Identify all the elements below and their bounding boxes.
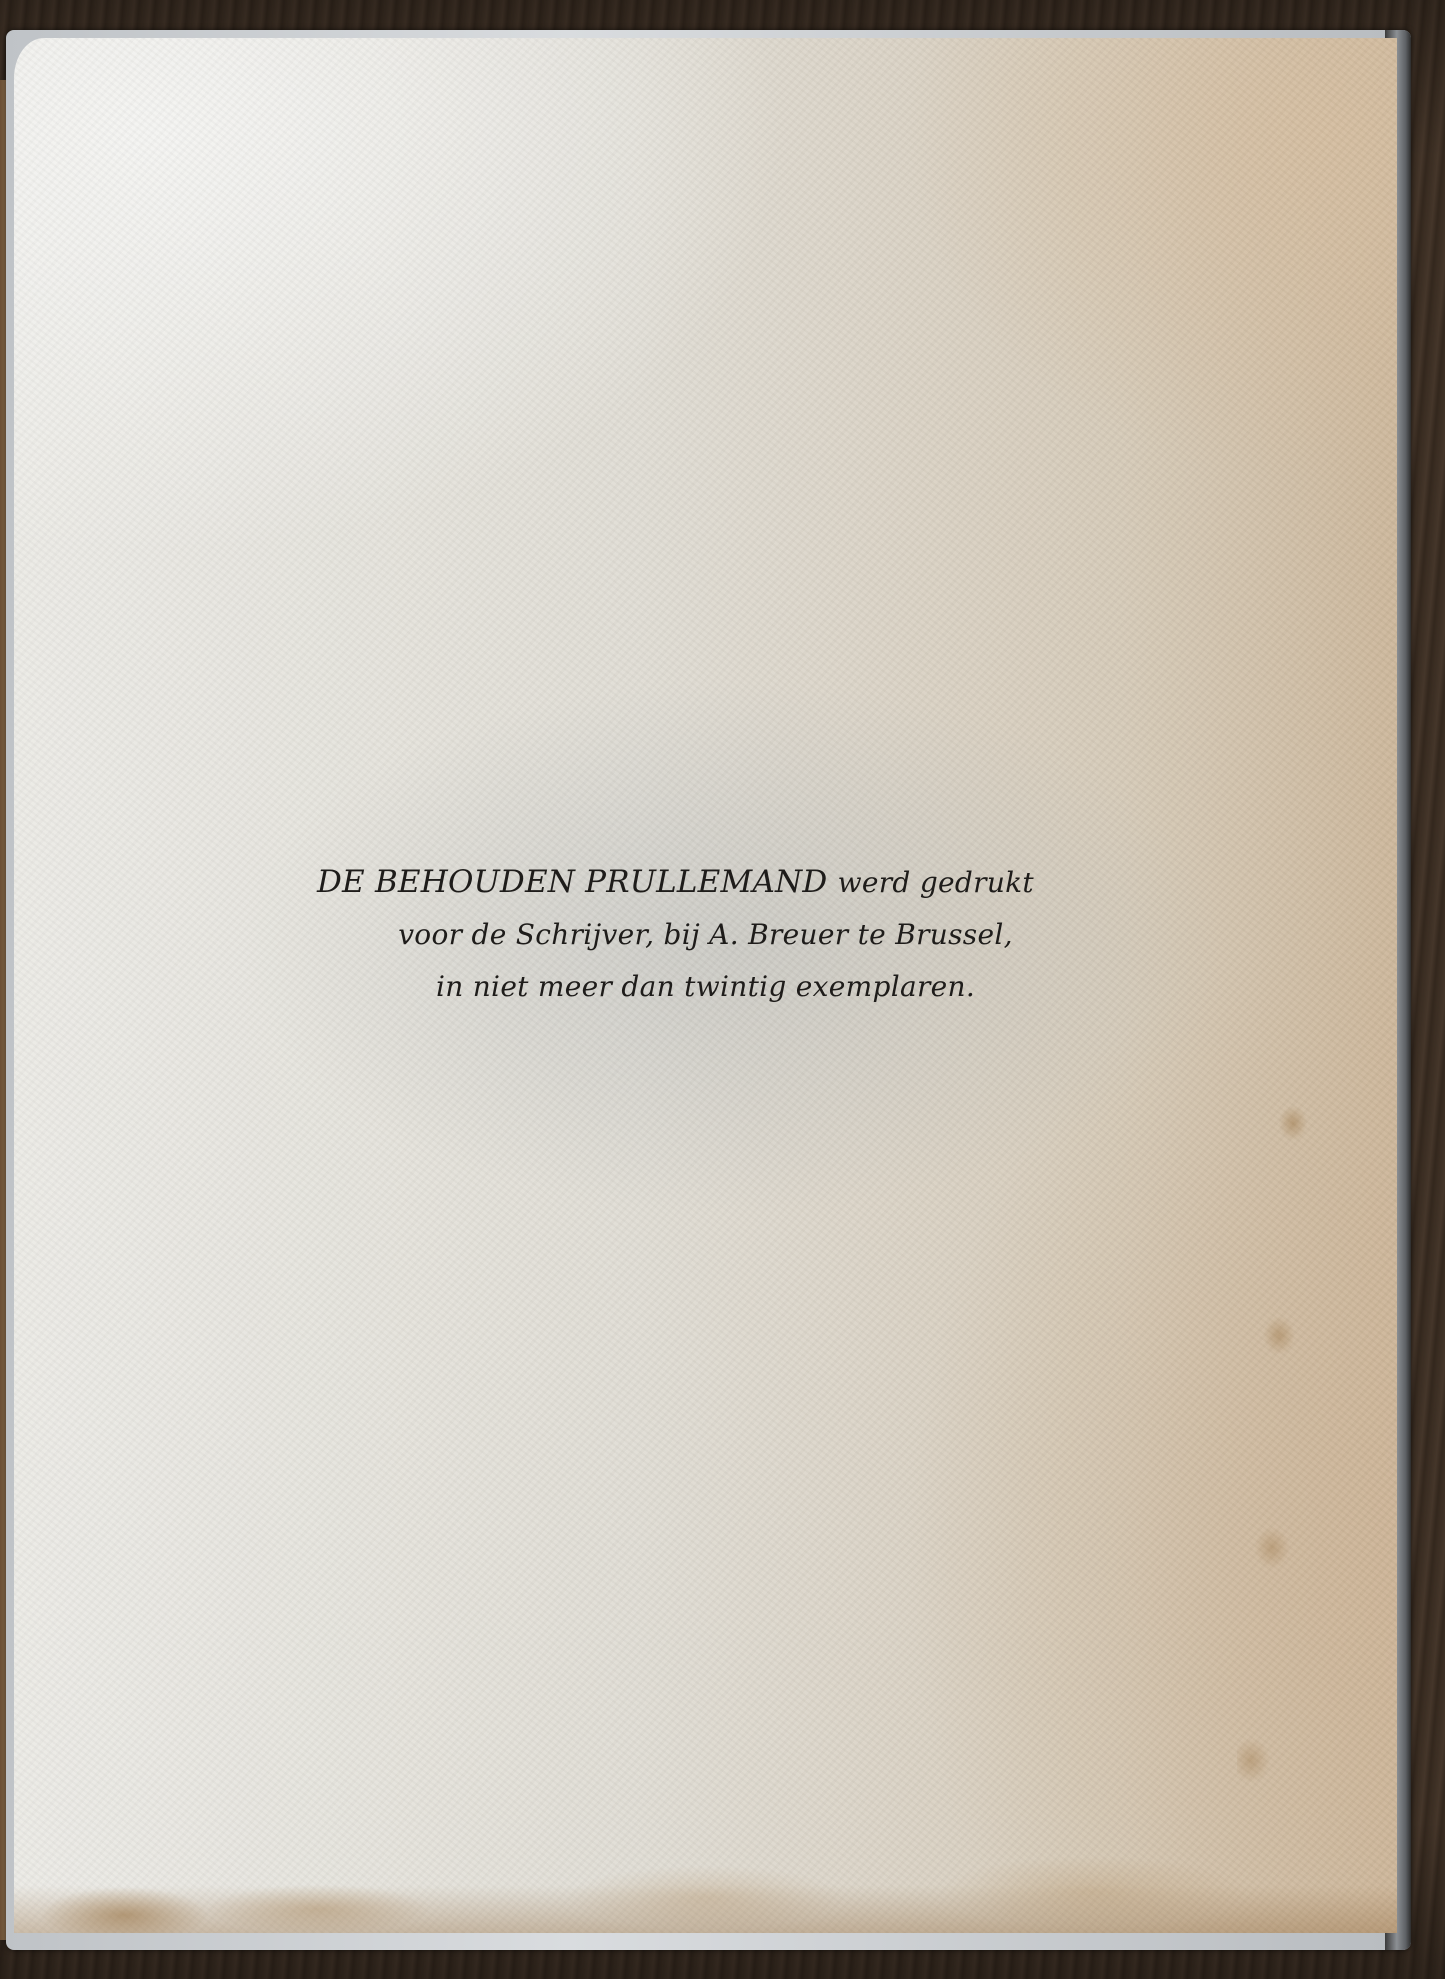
colophon-line-1-rest: werd gedrukt <box>838 866 1034 899</box>
water-stain-bottom <box>14 1813 1397 1933</box>
book-title: DE BEHOUDEN PRULLEMAND <box>317 864 827 900</box>
colophon-line-3: in niet meer dan twintig exemplaren. <box>14 961 1397 1013</box>
colophon-text: DE BEHOUDEN PRULLEMAND werd gedrukt voor… <box>14 856 1397 1013</box>
photo-scene: DE BEHOUDEN PRULLEMAND werd gedrukt voor… <box>0 0 1445 1979</box>
colophon-line-1: DE BEHOUDEN PRULLEMAND werd gedrukt <box>14 856 1397 909</box>
colophon-line-2: voor de Schrijver, bij A. Breuer te Brus… <box>14 909 1397 961</box>
water-stain-right <box>1237 1038 1377 1888</box>
book-page: DE BEHOUDEN PRULLEMAND werd gedrukt voor… <box>14 38 1397 1933</box>
